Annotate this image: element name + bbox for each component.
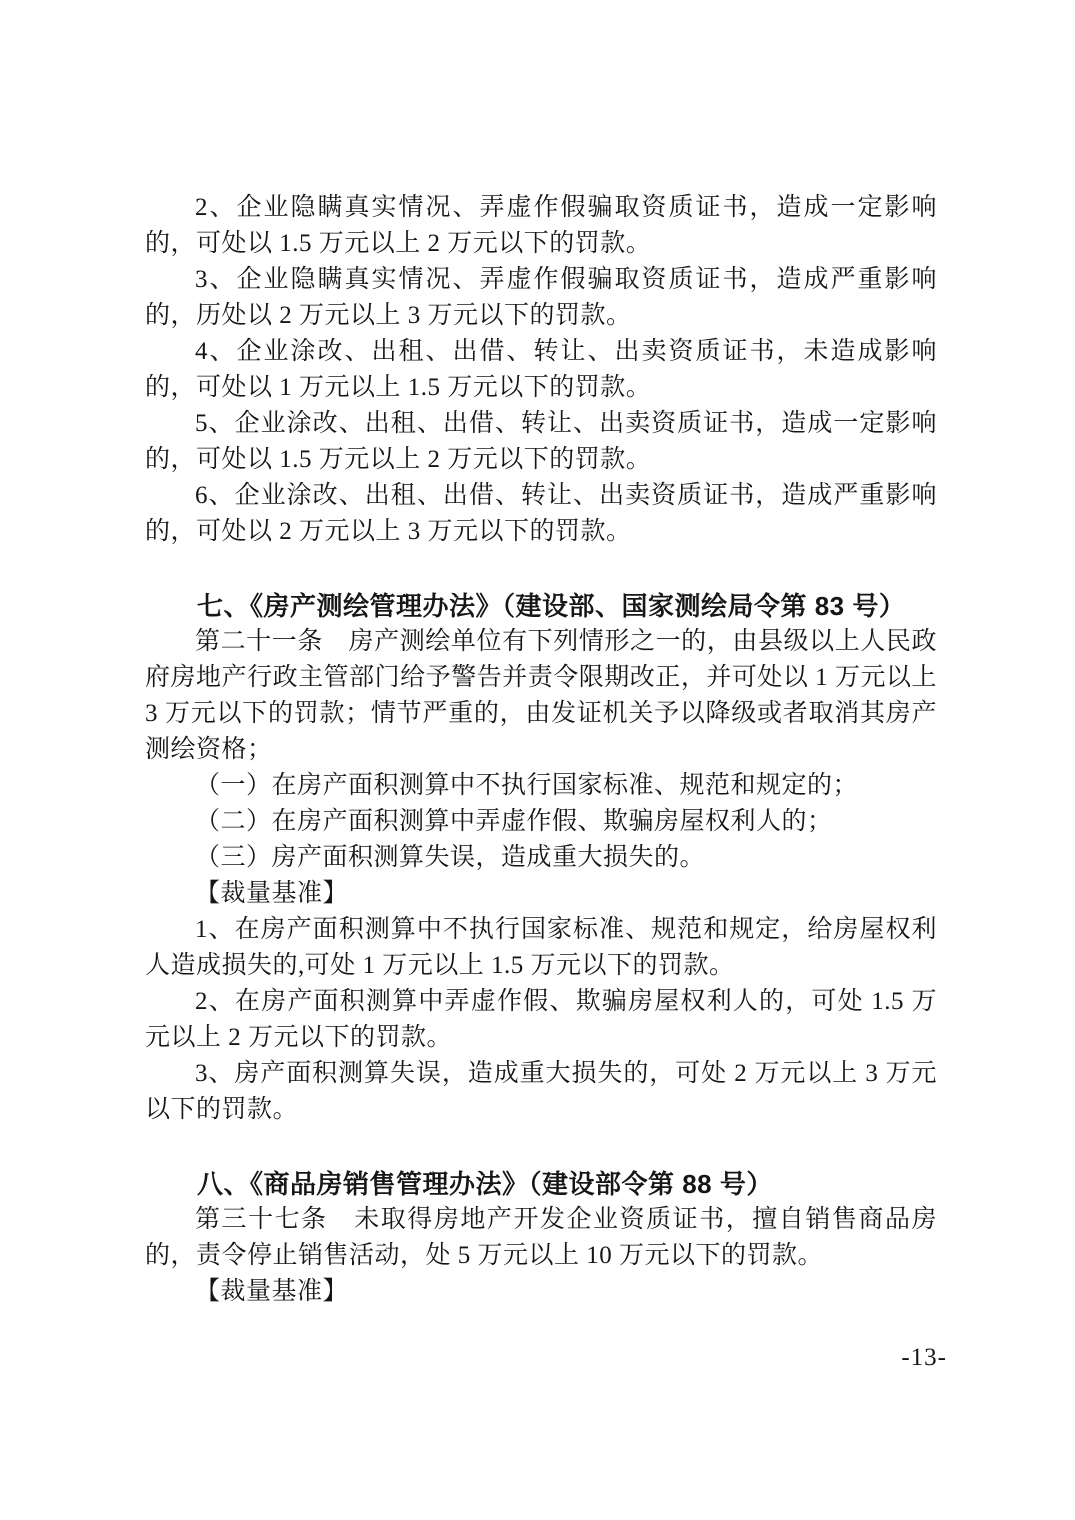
section-7-heading: 七、《房产测绘管理办法》（建设部、国家测绘局令第 83 号） [145, 588, 937, 624]
paragraph: 5、企业涂改、出租、出借、转让、出卖资质证书，造成一定影响的，可处以 1.5 万… [145, 406, 937, 478]
document-page: 2、企业隐瞒真实情况、弄虚作假骗取资质证书，造成一定影响的，可处以 1.5 万元… [0, 0, 1075, 1520]
paragraph: 3、企业隐瞒真实情况、弄虚作假骗取资质证书，造成严重影响的，历处以 2 万元以上… [145, 262, 937, 334]
criteria-heading: 【裁量基准】 [145, 876, 937, 912]
list-item: （二）在房产面积测算中弄虚作假、欺骗房屋权利人的； [145, 804, 937, 840]
paragraph: 第二十一条 房产测绘单位有下列情形之一的，由县级以上人民政府房地产行政主管部门给… [145, 624, 937, 768]
paragraph: 1、在房产面积测算中不执行国家标准、规范和规定，给房屋权利人造成损失的,可处 1… [145, 912, 937, 984]
paragraph: 3、房产面积测算失误，造成重大损失的，可处 2 万元以上 3 万元以下的罚款。 [145, 1056, 937, 1128]
paragraph: 第三十七条 未取得房地产开发企业资质证书，擅自销售商品房的，责令停止销售活动，处… [145, 1202, 937, 1274]
paragraph: 4、企业涂改、出租、出借、转让、出卖资质证书，未造成影响的，可处以 1 万元以上… [145, 334, 937, 406]
criteria-heading: 【裁量基准】 [145, 1274, 937, 1310]
section-8-heading: 八、《商品房销售管理办法》（建设部令第 88 号） [145, 1166, 937, 1202]
document-body: 2、企业隐瞒真实情况、弄虚作假骗取资质证书，造成一定影响的，可处以 1.5 万元… [145, 190, 937, 1310]
paragraph: 2、企业隐瞒真实情况、弄虚作假骗取资质证书，造成一定影响的，可处以 1.5 万元… [145, 190, 937, 262]
list-item: （一）在房产面积测算中不执行国家标准、规范和规定的； [145, 768, 937, 804]
page-number: -13- [901, 1344, 947, 1372]
paragraph: 6、企业涂改、出租、出借、转让、出卖资质证书，造成严重影响的，可处以 2 万元以… [145, 478, 937, 550]
list-item: （三）房产面积测算失误，造成重大损失的。 [145, 840, 937, 876]
paragraph: 2、在房产面积测算中弄虚作假、欺骗房屋权利人的，可处 1.5 万元以上 2 万元… [145, 984, 937, 1056]
